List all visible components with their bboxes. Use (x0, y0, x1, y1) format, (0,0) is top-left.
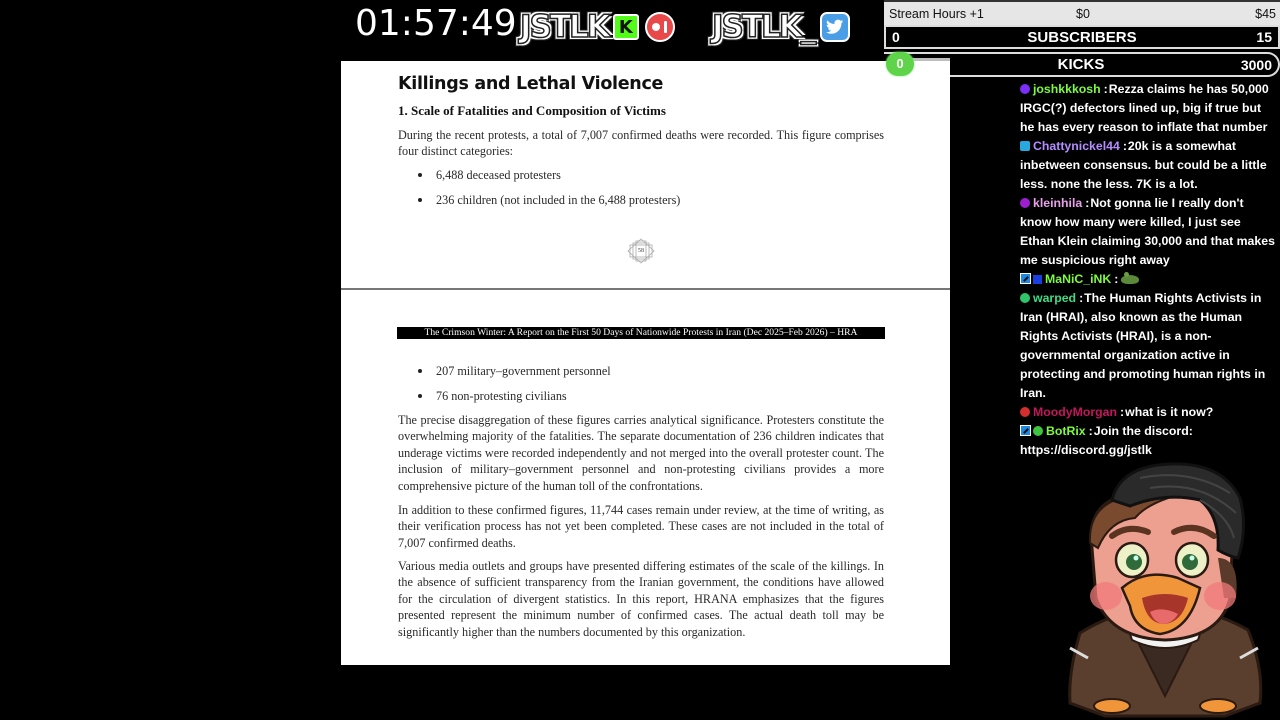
chat-text: what is it now? (1125, 405, 1213, 419)
document-page-59: The Crimson Winter: A Report on the Firs… (341, 290, 950, 665)
chat-message: BotRix:Join the discord: https://discord… (1016, 422, 1278, 460)
section-title: Killings and Lethal Violence (398, 74, 663, 94)
subscribers-label: SUBSCRIBERS (886, 29, 1278, 46)
stream-hours-target: $45 (1255, 7, 1276, 21)
subscribers-target: 15 (1256, 29, 1272, 45)
frog-emote-icon (1121, 275, 1139, 284)
body-paragraph: The precise disaggregation of these figu… (398, 412, 884, 494)
verified-check-icon (1033, 426, 1043, 436)
list-item: 76 non-protesting civilians (417, 388, 611, 413)
live-chat: joshkkkosh:Rezza claims he has 50,000 IR… (1016, 80, 1278, 460)
user-badge-icon (1020, 293, 1030, 303)
user-badge-icon (1020, 84, 1030, 94)
twitter-bird-icon (820, 12, 850, 42)
chat-separator: : (1120, 405, 1124, 419)
stream-timer: 01:57:49 (355, 2, 517, 46)
kick-channel-logo: JSTLK K (520, 8, 675, 46)
stream-hours-label: Stream Hours +1 (889, 7, 984, 21)
chat-separator: : (1123, 139, 1127, 153)
chat-message: MoodyMorgan:what is it now? (1016, 403, 1278, 422)
subscribers-current: 0 (892, 29, 900, 45)
user-badge-icon (1020, 198, 1030, 208)
kicks-current: 0 (886, 52, 914, 76)
page-number: 58 (638, 248, 644, 254)
moderator-sword-icon (1020, 273, 1031, 284)
user-badge-icon (1020, 407, 1030, 417)
cube-badge-icon (1020, 141, 1030, 151)
moderator-sword-icon (1020, 425, 1031, 436)
twitter-logo-text: JSTLK_ (712, 8, 814, 46)
page-number-ornament: 58 (625, 238, 657, 264)
kick-k-icon: K (613, 14, 639, 40)
chat-message: MaNiC_iNK: (1016, 270, 1278, 289)
document-page-58: Killings and Lethal Violence 1. Scale of… (341, 61, 950, 288)
chat-message: joshkkkosh:Rezza claims he has 50,000 IR… (1016, 80, 1278, 137)
list-item: 236 children (not included in the 6,488 … (417, 192, 680, 217)
list-item: 6,488 deceased protesters (417, 167, 680, 192)
chat-separator: : (1114, 272, 1118, 286)
running-header: The Crimson Winter: A Report on the Firs… (397, 327, 885, 339)
subscribers-goal: 0 SUBSCRIBERS 15 (884, 25, 1280, 49)
subscriber-badge-icon (1033, 275, 1042, 284)
chat-username[interactable]: MaNiC_iNK (1045, 272, 1111, 286)
chat-message: Chattynickel44:20k is a somewhat inbetwe… (1016, 137, 1278, 194)
chat-message: kleinhila:Not gonna lie I really don't k… (1016, 194, 1278, 270)
chat-message: warped:The Human Rights Activists in Ira… (1016, 289, 1278, 403)
intro-paragraph: During the recent protests, a total of 7… (398, 127, 884, 160)
fatality-categories-list-2: 207 military–government personnel 76 non… (417, 363, 611, 412)
chat-separator: : (1079, 291, 1083, 305)
pdf-document-viewer[interactable]: Killings and Lethal Violence 1. Scale of… (341, 61, 950, 665)
chat-text: The Human Rights Activists in Iran (HRAI… (1020, 291, 1265, 400)
chat-separator: : (1104, 82, 1108, 96)
fatality-categories-list-1: 6,488 deceased protesters 236 children (… (417, 167, 680, 216)
chat-username[interactable]: Chattynickel44 (1033, 139, 1120, 153)
chat-username[interactable]: BotRix (1046, 424, 1086, 438)
body-paragraph: In addition to these confirmed figures, … (398, 502, 884, 551)
stream-hours-goal: Stream Hours +1 $0 $45 (884, 0, 1280, 25)
kicks-target: 3000 (1241, 57, 1272, 73)
chat-separator: : (1085, 196, 1089, 210)
chat-username[interactable]: warped (1033, 291, 1076, 305)
stream-hours-current: $0 (1076, 7, 1090, 21)
list-item: 207 military–government personnel (417, 363, 611, 388)
chat-username[interactable]: MoodyMorgan (1033, 405, 1117, 419)
chat-separator: : (1089, 424, 1093, 438)
body-paragraph: Various media outlets and groups have pr… (398, 558, 884, 640)
chat-username[interactable]: joshkkkosh (1033, 82, 1101, 96)
duck-mascot-icon (1050, 458, 1278, 720)
twitter-channel-logo: JSTLK_ (712, 8, 850, 46)
chat-username[interactable]: kleinhila (1033, 196, 1082, 210)
recording-icon (645, 12, 675, 42)
section-subtitle: 1. Scale of Fatalities and Composition o… (398, 103, 666, 119)
kick-logo-text: JSTLK (520, 8, 609, 46)
